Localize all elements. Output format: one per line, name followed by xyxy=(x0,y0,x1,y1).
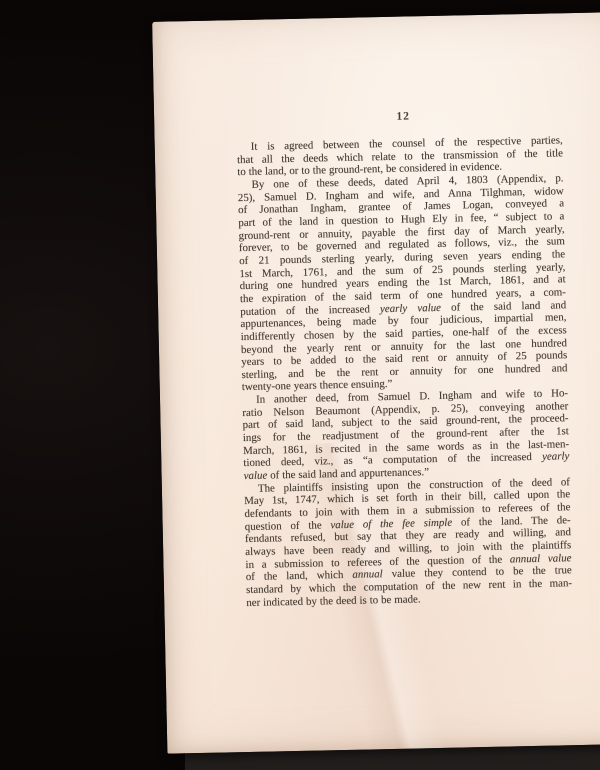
text-block: It is agreed between the counsel of the … xyxy=(237,134,573,609)
page-content: 12 It is agreed between the counsel of t… xyxy=(236,107,572,609)
scanned-book-photo: 12 It is agreed between the counsel of t… xyxy=(0,0,600,770)
paragraph: The plaintiffs insisting upon the constr… xyxy=(244,476,573,609)
page-number: 12 xyxy=(244,107,562,126)
paragraph: By one of these deeds, dated April 4, 18… xyxy=(237,172,567,394)
fore-edge-page-stack xyxy=(139,26,168,760)
book-page: 12 It is agreed between the counsel of t… xyxy=(152,12,600,754)
paragraph: In another deed, from Samuel D. Ingham a… xyxy=(242,387,570,482)
